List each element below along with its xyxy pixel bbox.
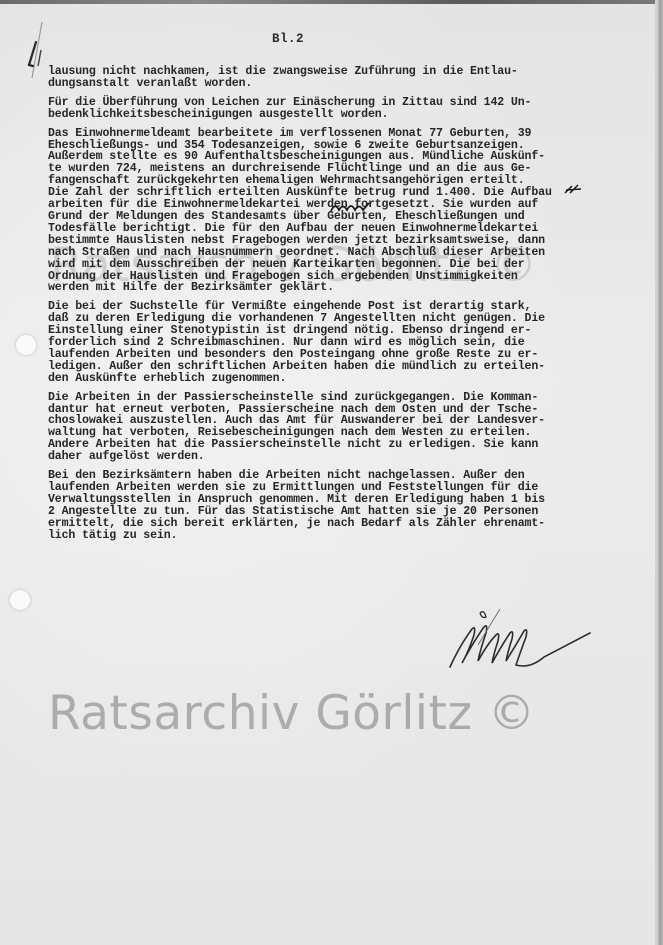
text-line: ledigen. Außer den schriftlichen Arbeite… — [48, 361, 663, 373]
punch-hole-upper — [16, 335, 36, 355]
text-line: 2 Angestellte zu tun. Für das Statistisc… — [48, 506, 663, 518]
page-label: Bl.2 — [272, 32, 304, 46]
page-top-edge — [0, 0, 663, 4]
text-line: wird mit dem Ausschreiben der neuen Kart… — [48, 259, 663, 271]
document-page: Ratsarchiv Görlitz © Bl.2 lausung nicht … — [0, 0, 663, 945]
handwritten-correction-icon — [329, 200, 371, 214]
text-line: werden mit Hilfe der Bezirksämter geklär… — [48, 282, 663, 294]
text-line: lich tätig zu sein. — [48, 530, 663, 542]
paragraph: Die bei der Suchstelle für Vermißte eing… — [48, 301, 663, 384]
text-line: daher aufgelöst werden. — [48, 451, 663, 463]
text-line: bestimmte Hauslisten nebst Fragebogen we… — [48, 235, 663, 247]
text-line: Für die Überführung von Leichen zur Einä… — [48, 97, 663, 109]
text-line: dungsanstalt veranlaßt worden. — [48, 78, 663, 90]
text-line: ermittelt, die sich bereit erklärten, je… — [48, 518, 663, 530]
document-body: lausung nicht nachkamen, ist die zwangsw… — [48, 66, 663, 549]
watermark: Ratsarchiv Görlitz © — [48, 686, 536, 741]
text-line: Das Einwohnermeldeamt bearbeitete im ver… — [48, 128, 663, 140]
paragraph: Die Arbeiten in der Passierscheinstelle … — [48, 392, 663, 463]
text-line: den Auskünfte erheblich zugenommen. — [48, 373, 663, 385]
paragraph: Bei den Bezirksämtern haben die Arbeiten… — [48, 470, 663, 541]
signature-icon — [440, 605, 610, 685]
paragraph: lausung nicht nachkamen, ist die zwangsw… — [48, 66, 663, 90]
handwritten-mark-icon — [564, 184, 582, 194]
text-line: bedenklichkeitsbescheinigungen ausgestel… — [48, 109, 663, 121]
punch-hole-lower — [10, 590, 30, 610]
text-line: nach Straßen und nach Hausnummern geordn… — [48, 247, 663, 259]
text-line: Todesfälle berichtigt. Die für den Aufba… — [48, 223, 663, 235]
paragraph: Für die Überführung von Leichen zur Einä… — [48, 97, 663, 121]
text-line: Die Arbeiten in der Passierscheinstelle … — [48, 392, 663, 404]
